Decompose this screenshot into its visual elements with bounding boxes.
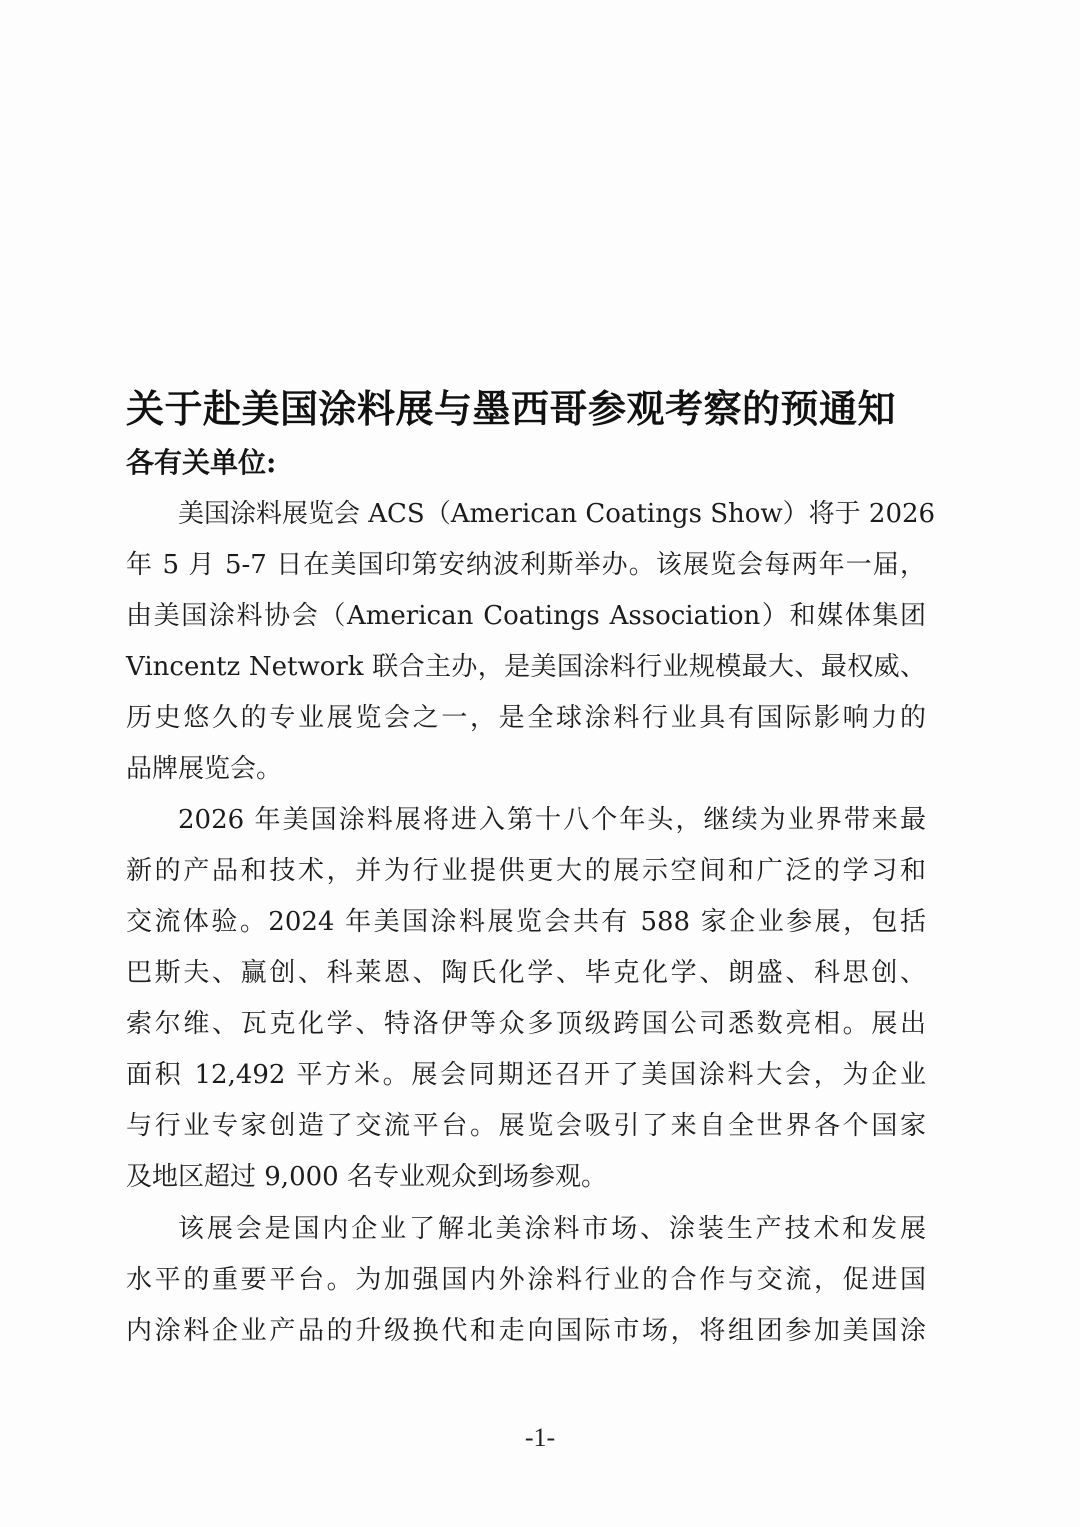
document-title: 关于赴美国涂料展与墨西哥参观考察的预通知 bbox=[126, 384, 936, 434]
salutation: 各有关单位: bbox=[126, 443, 276, 483]
document-page: 关于赴美国涂料展与墨西哥参观考察的预通知 各有关单位: 美国涂料展览会 ACS（… bbox=[0, 0, 1080, 1527]
paragraph-line: 与行业专家创造了交流平台。展览会吸引了来自全世界各个国家 bbox=[126, 1108, 926, 1144]
paragraph-line: 年 5 月 5-7 日在美国印第安纳波利斯举办。该展览会每两年一届， bbox=[126, 547, 926, 583]
paragraph-line: 美国涂料展览会 ACS（American Coatings Show）将于 20… bbox=[178, 496, 926, 532]
paragraph-line: 由美国涂料协会（American Coatings Association）和媒… bbox=[126, 598, 926, 634]
paragraph-line: 内涂料企业产品的升级换代和走向国际市场，将组团参加美国涂 bbox=[126, 1313, 926, 1349]
paragraph-line: 面积 12,492 平方米。展会同期还召开了美国涂料大会，为企业 bbox=[126, 1057, 926, 1093]
paragraph-line: 该展会是国内企业了解北美涂料市场、涂装生产技术和发展 bbox=[178, 1211, 926, 1247]
paragraph-line: 2026 年美国涂料展将进入第十八个年头，继续为业界带来最 bbox=[178, 802, 926, 838]
paragraph-line: 新的产品和技术，并为行业提供更大的展示空间和广泛的学习和 bbox=[126, 853, 926, 889]
paragraph-line: 及地区超过 9,000 名专业观众到场参观。 bbox=[126, 1159, 926, 1195]
paragraph-line: 交流体验。2024 年美国涂料展览会共有 588 家企业参展，包括 bbox=[126, 904, 926, 940]
paragraph-line: 巴斯夫、赢创、科莱恩、陶氏化学、毕克化学、朗盛、科思创、 bbox=[126, 955, 926, 991]
paragraph-line: 历史悠久的专业展览会之一，是全球涂料行业具有国际影响力的 bbox=[126, 700, 926, 736]
paragraph-line: 品牌展览会。 bbox=[126, 751, 926, 787]
paragraph-line: 索尔维、瓦克化学、特洛伊等众多顶级跨国公司悉数亮相。展出 bbox=[126, 1006, 926, 1042]
page-number: -1- bbox=[0, 1422, 1080, 1454]
paragraph-line: Vincentz Network 联合主办，是美国涂料行业规模最大、最权威、 bbox=[126, 649, 926, 685]
paragraph-line: 水平的重要平台。为加强国内外涂料行业的合作与交流，促进国 bbox=[126, 1262, 926, 1298]
